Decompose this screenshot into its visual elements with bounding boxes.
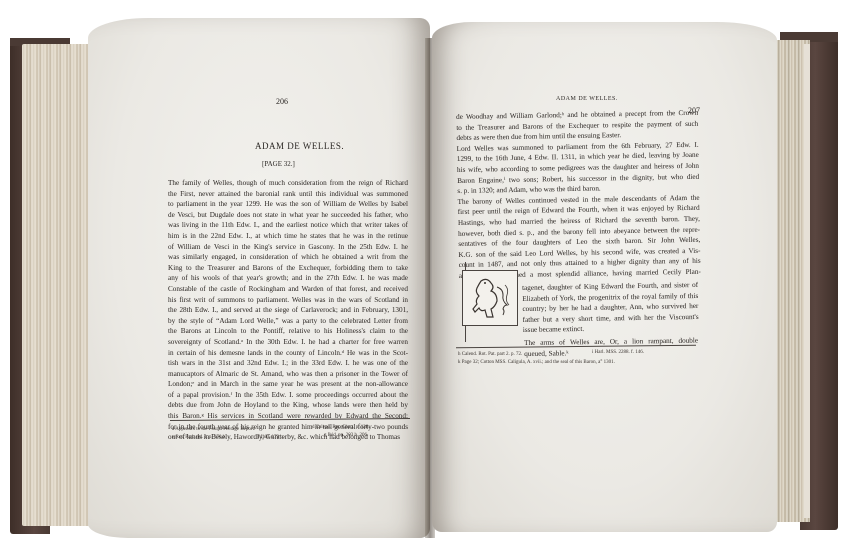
text-line: him is in the 22nd Edw. I., at which tim… (168, 231, 408, 242)
text-line: in certain of his demesne lands in the c… (168, 348, 408, 359)
left-page-subtitle: [PAGE 32.] (262, 160, 295, 168)
text-line: the First, never attained the baronial r… (168, 189, 408, 200)
right-footnote-k: k Page 32; Cotton MSS. Caligula, A. xvii… (458, 360, 615, 365)
right-page-body: de Woodhay and William Garlond;ʰ and he … (456, 108, 701, 282)
lion-rampant-icon (463, 271, 517, 325)
text-line: of a papal provision.ᶠ In the 35th Edw. … (168, 390, 408, 401)
right-page-arms-description: The arms of Welles are, Or, a lion rampa… (524, 336, 698, 360)
text-line: sovereignty of Scotland.ᵃ In the 30th Ed… (168, 337, 408, 348)
right-footnote-i: i Harl. MSS. 2288. f. 146. (592, 350, 644, 355)
page-edges-left (22, 44, 90, 526)
right-footnote-h: h Calend. Rot. Pat. part 2. p. 72. (458, 352, 522, 357)
open-book: 206 ADAM DE WELLES. [PAGE 32.] The famil… (0, 0, 850, 552)
left-page-body: The family of Welles, though of much con… (168, 178, 408, 443)
text-line: was living in the 11th Edw. I., and the … (168, 220, 408, 231)
text-line: The family of Welles, though of much con… (168, 178, 408, 189)
left-page-number: 206 (276, 97, 288, 106)
text-line: to parliament in the year 1299. He was t… (168, 199, 408, 210)
text-line: manucaptors of Almaric de St. Amand, who… (168, 369, 408, 380)
text-line: tish wars in the 31st and 32nd Edw. I.; … (168, 358, 408, 369)
text-line: was similarly engaged, in consideration … (168, 252, 408, 263)
text-line: King to the Treasurer and Barons of the … (168, 263, 408, 274)
right-page-body-beside-arms: tagenet, daughter of King Edward the Fou… (522, 280, 699, 336)
text-line: by the style of “Adam Lord Welle,” was a… (168, 316, 408, 327)
arms-lion-rampant-illustration (462, 270, 518, 326)
page-edges-right-inner (804, 44, 810, 518)
text-line: his first writ of summons to parliament.… (168, 295, 408, 306)
text-line: of William de Vesci in the King's servic… (168, 242, 408, 253)
right-running-head: ADAM DE WELLES. (556, 96, 618, 102)
text-line: London;ᵉ and in March in the same year h… (168, 379, 408, 390)
text-line: Constable of the castle of Rockingham an… (168, 284, 408, 295)
left-page-title: ADAM DE WELLES. (255, 141, 344, 151)
text-line: the Barons at Lincoln to the Pontiff, re… (168, 326, 408, 337)
text-line: de Vesci, but Dugdale does not state in … (168, 210, 408, 221)
left-footnote-e: e Rot. Parl. vol. I. p. 176 b. (172, 435, 226, 440)
text-line: the 28th Edw. I., and served at the sieg… (168, 305, 408, 316)
text-line: any of his wools of that year's growth; … (168, 273, 408, 284)
left-footnote-d: d Calend. Rot. Chart. p. 138. (312, 425, 370, 430)
left-footnote-a: a Appendix to the Fourth Peerage Report. (172, 427, 255, 432)
left-footnote-g: g Ibid. pp. 203 b. 206. (324, 433, 368, 438)
text-line: debts due from John de Hoyland to the Ki… (168, 400, 408, 411)
left-footnote-f: f Ibid. 179 b. (258, 435, 284, 440)
